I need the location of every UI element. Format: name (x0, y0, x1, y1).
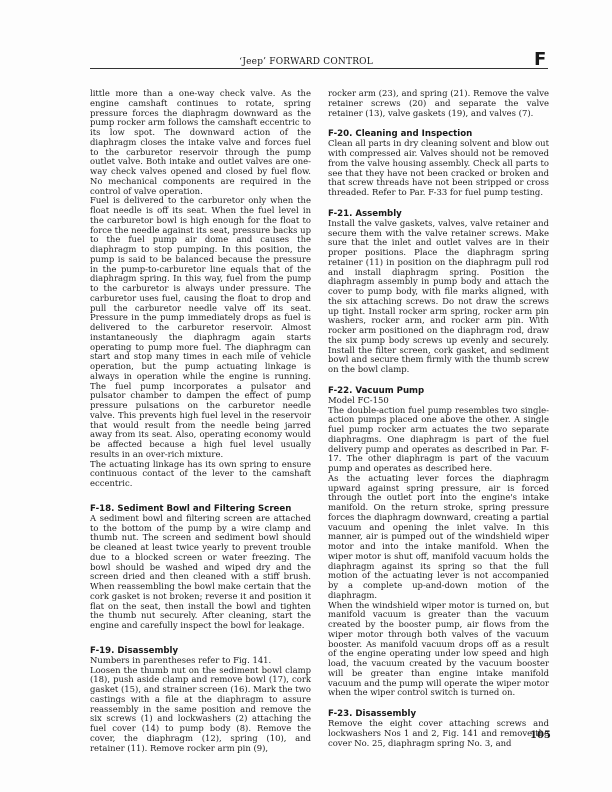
left-column: little more than a one-way check valve. … (90, 89, 311, 753)
section-letter: F (534, 49, 546, 70)
paragraph: The actuating linkage has its own spring… (90, 460, 311, 489)
right-column: rocker arm (23), and spring (21). Remove… (328, 89, 549, 748)
page-number: 105 (530, 730, 551, 741)
paragraph: The double-action fuel pump resembles tw… (328, 406, 549, 474)
paragraph: Loosen the thumb nut on the sediment bow… (90, 666, 311, 754)
paragraph: When the windshield wiper motor is turne… (328, 601, 549, 699)
paragraph: rocker arm (23), and spring (21). Remove… (328, 89, 549, 118)
paragraph: Install the valve gaskets, valves, valve… (328, 219, 549, 375)
paragraph: Clean all parts in dry cleaning solvent … (328, 139, 549, 198)
header-rule (90, 68, 548, 69)
running-title: ‘Jeep’ FORWARD CONTROL (0, 57, 612, 67)
paragraph: little more than a one-way check valve. … (90, 89, 311, 196)
paragraph: As the actuating lever forces the diaphr… (328, 474, 549, 601)
paragraph: Fuel is delivered to the carburetor only… (90, 196, 311, 459)
paragraph: Remove the eight cover attaching screws … (328, 719, 549, 748)
paragraph: A sediment bowl and filtering screen are… (90, 514, 311, 631)
